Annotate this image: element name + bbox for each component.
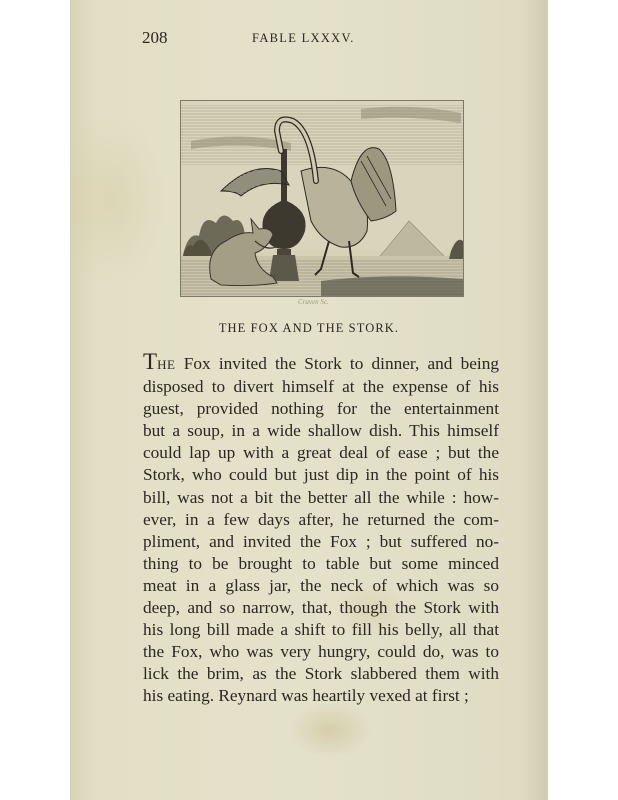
fable-title: THE FOX AND THE STORK.: [70, 321, 548, 336]
text-line: could lap up with a great deal of ease ;…: [143, 442, 499, 464]
text-line: lick the brim, as the Stork slabbered th…: [143, 663, 499, 685]
text-line: ever, in a few days after, he returned t…: [143, 509, 499, 531]
engraver-signature: Craven Sc.: [298, 298, 329, 306]
text-line: pliment, and invited the Fox ; but suffe…: [143, 531, 499, 553]
small-caps: HE: [157, 357, 176, 372]
text-line: bill, was not a bit the better all the w…: [143, 487, 499, 509]
text-line: his long bill made a shift to fill his b…: [143, 619, 499, 641]
page-number: 208: [142, 28, 168, 48]
text-line: deep, and so narrow, that, though the St…: [143, 597, 499, 619]
fable-body-text: THE Fox invited the Stork to dinner, and…: [143, 351, 499, 708]
book-page: 208 FABLE LXXXV.: [70, 0, 548, 800]
text-line: his eating. Reynard was heartily vexed a…: [143, 685, 499, 707]
running-head: 208 FABLE LXXXV.: [142, 28, 502, 52]
fox-and-stork-engraving: [180, 100, 464, 297]
drop-cap: T: [143, 349, 157, 374]
fable-number-heading: FABLE LXXXV.: [252, 31, 355, 46]
text-line: but a soup, in a wide shallow dish. This…: [143, 420, 499, 442]
text-line: the Fox, who was very hungry, could do, …: [143, 641, 499, 663]
text-line: meat in a glass jar, the neck of which w…: [143, 575, 499, 597]
text-line: thing to be brought to table but some mi…: [143, 553, 499, 575]
text-line: Stork, who could but just dip in the poi…: [143, 464, 499, 486]
text-line: THE Fox invited the Stork to dinner, and…: [143, 351, 499, 376]
engraving-illustration: [181, 101, 463, 296]
text-line: disposed to divert himself at the expens…: [143, 376, 499, 398]
text-line: guest, provided nothing for the entertai…: [143, 398, 499, 420]
